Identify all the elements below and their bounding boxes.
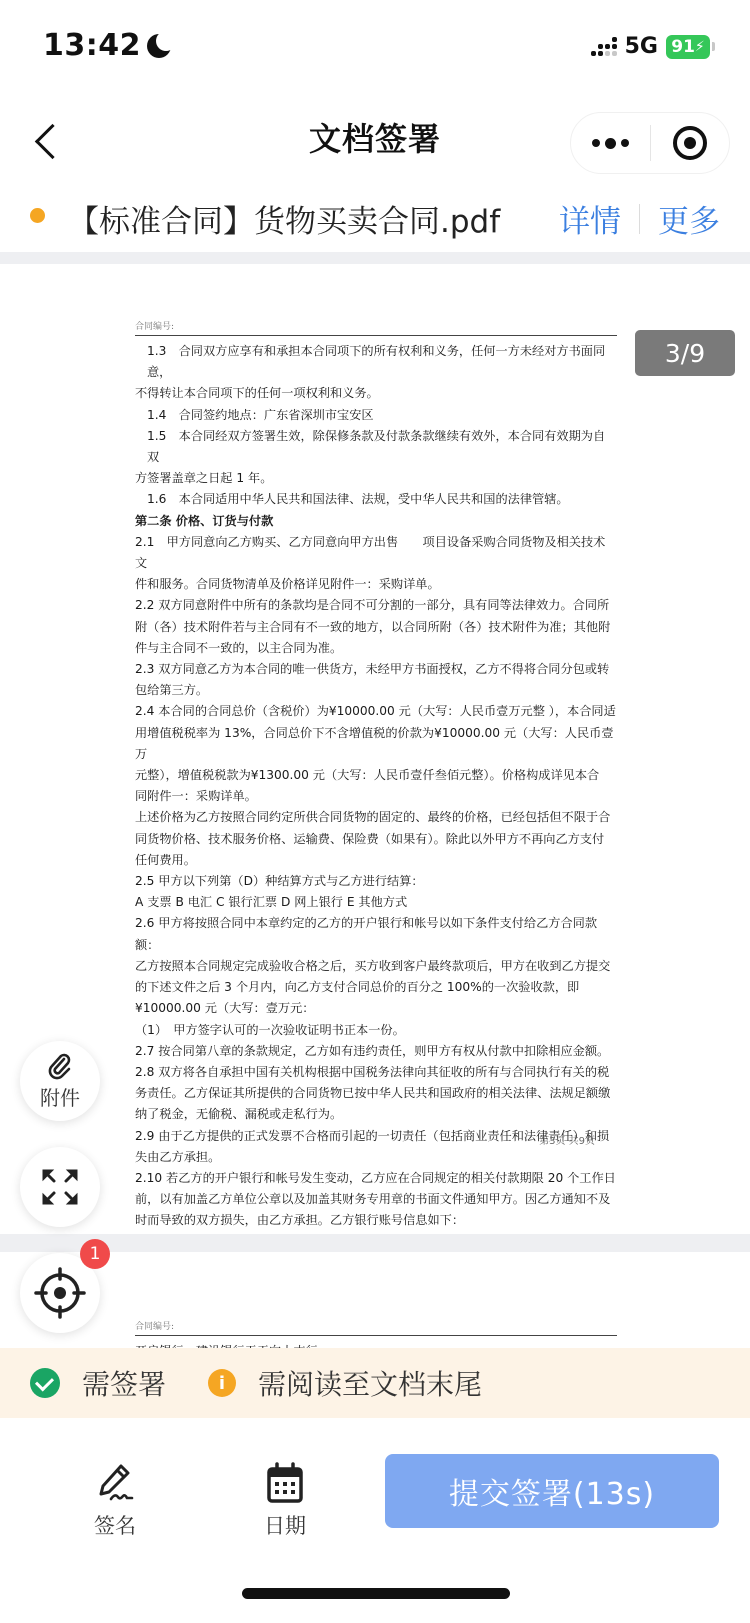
expand-icon	[40, 1167, 80, 1207]
status-indicators: 5G 91⚡	[591, 34, 715, 59]
doc-line: 2.7 按合同第八章的条款规定，乙方如有违约责任，则甲方有权从付款中扣除相应金额…	[135, 1041, 617, 1062]
contract-number-label: 合同编号:	[135, 319, 617, 336]
paperclip-icon	[47, 1052, 73, 1080]
dot-icon	[592, 139, 600, 147]
crosshair-icon	[32, 1265, 88, 1321]
doc-line: 1.4 合同签约地点：广东省深圳市宝安区	[135, 405, 617, 426]
dot-icon	[605, 138, 616, 149]
signal-icon	[591, 37, 617, 56]
status-dot-icon	[30, 208, 45, 223]
pen-signature-icon	[95, 1462, 135, 1504]
signature-tool-button[interactable]: 签名	[65, 1462, 165, 1540]
doc-line: 2.10 若乙方的开户银行和帐号发生变动，乙方应在合同规定的相关付款期限 20 …	[135, 1168, 617, 1189]
doc-line: A 支票 B 电汇 C 银行汇票 D 网上银行 E 其他方式	[135, 892, 617, 913]
doc-line: 时而导致的双方损失，由乙方承担。乙方银行账号信息如下：	[135, 1210, 617, 1231]
doc-line: 务责任。乙方保证其所提供的合同货物已按中华人民共和国政府的相关法律、法规足额缴	[135, 1083, 617, 1104]
date-tool-label: 日期	[264, 1510, 306, 1540]
details-link[interactable]: 详情	[559, 196, 621, 241]
bottom-toolbar: 签名 日期 提交签署(13s)	[0, 1418, 750, 1623]
doc-line: 上述价格为乙方按照合同约定所供合同货物的固定的、最终的价格，已经包括但不限于合	[135, 807, 617, 828]
miniprogram-capsule	[570, 112, 730, 174]
signature-tool-label: 签名	[94, 1510, 136, 1540]
attachments-label: 附件	[40, 1082, 80, 1111]
doc-line: 方签署盖章之日起 1 年。	[135, 468, 617, 489]
doc-line: 件和服务。合同货物清单及价格详见附件一：采购详单。	[135, 574, 617, 595]
more-menu-button[interactable]	[571, 113, 650, 173]
doc-line: 不得转让本合同项下的任何一项权利和义务。	[135, 383, 617, 404]
info-circle-icon: i	[208, 1369, 236, 1397]
page-content: 开户银行：建设银行天天向上支行	[135, 1341, 617, 1348]
doc-line: 任何费用。	[135, 850, 617, 871]
notice-read-required: i 需阅读至文档末尾	[208, 1363, 482, 1403]
doc-line: 用增值税税率为 13%，合同总价下不含增值税的价款为¥10000.00 元（大写…	[135, 723, 617, 765]
home-indicator	[242, 1588, 510, 1599]
notification-badge: 1	[80, 1239, 110, 1269]
locate-signature-button[interactable]: 1	[20, 1253, 100, 1333]
date-tool-button[interactable]: 日期	[235, 1462, 335, 1540]
doc-line: 开户银行：建设银行天天向上支行	[135, 1341, 617, 1348]
file-header: 【标准合同】货物买卖合同.pdf 详情 更多	[0, 184, 750, 250]
doc-line: 1.6 本合同适用中华人民共和国法律、法规，受中华人民共和国的法律管辖。	[135, 489, 617, 510]
doc-line: 2.5 甲方以下列第（D）种结算方式与乙方进行结算：	[135, 871, 617, 892]
doc-line: 1.3 合同双方应享有和承担本合同项下的所有权利和义务，任何一方未经对方书面同意…	[135, 341, 617, 383]
doc-line: 2.4 本合同的合同总价（含税价）为¥10000.00 元（大写：人民币壹万元整…	[135, 701, 617, 722]
doc-line: 失由乙方承担。	[135, 1147, 617, 1168]
document-page-3: 合同编号: 1.3 合同双方应享有和承担本合同项下的所有权利和义务，任何一方未经…	[0, 264, 750, 1234]
doc-line: 附（各）技术附件若与主合同有不一致的地方，以合同所附（各）技术附件为准；其他附	[135, 617, 617, 638]
doc-line: 元整），增值税税款为¥1300.00 元（大写：人民币壹仟叁佰元整）。价格构成详…	[135, 765, 617, 786]
doc-line: 乙方按照本合同规定完成验收合格之后，买方收到客户最终款项后，甲方在收到乙方提交	[135, 956, 617, 977]
fullscreen-button[interactable]	[20, 1147, 100, 1227]
page-content: 1.3 合同双方应享有和承担本合同项下的所有权利和义务，任何一方未经对方书面同意…	[135, 341, 617, 1232]
moon-icon	[147, 34, 171, 58]
attachments-button[interactable]: 附件	[20, 1041, 100, 1121]
doc-line: 2.2 双方同意附件中所有的条款均是合同不可分割的一部分，具有同等法律效力。合同…	[135, 595, 617, 616]
file-actions: 详情 更多	[559, 196, 720, 241]
battery-icon: 91⚡	[666, 35, 715, 59]
doc-line: 包给第三方。	[135, 680, 617, 701]
divider	[639, 204, 640, 234]
doc-line: 件与主合同不一致的，以主合同为准。	[135, 638, 617, 659]
nav-bar: 文档签署	[0, 96, 750, 184]
calendar-icon	[266, 1462, 304, 1504]
requirements-notice: 需签署 i 需阅读至文档末尾	[0, 1348, 750, 1418]
doc-line: 2.8 双方将各自承担中国有关机构根据中国税务法律向其征收的所有与合同执行有关的…	[135, 1062, 617, 1083]
status-time: 13:42	[43, 28, 171, 63]
doc-line: 前，以有加盖乙方单位公章以及加盖其财务专用章的书面文件通知甲方。因乙方通知不及	[135, 1189, 617, 1210]
doc-line: ¥10000.00 元（大写：壹万元：	[135, 998, 617, 1019]
doc-line: 1.5 本合同经双方签署生效，除保修条款及付款条款继续有效外，本合同有效期为自双	[135, 426, 617, 468]
file-name: 【标准合同】货物买卖合同.pdf	[68, 196, 500, 241]
page-indicator: 3/9	[635, 330, 735, 376]
doc-line: 2.1 甲方同意向乙方购买、乙方同意向甲方出售 项目设备采购合同货物及相关技术文	[135, 532, 617, 574]
doc-line: 第二条 价格、订货与付款	[135, 511, 617, 532]
doc-line: 纳了税金，无偷税、漏税或走私行为。	[135, 1104, 617, 1125]
time-text: 13:42	[43, 28, 141, 63]
contract-number-label: 合同编号:	[135, 1319, 617, 1336]
notice-text: 需签署	[82, 1363, 166, 1403]
doc-line: 的下述文件之后 3 个月内，向乙方支付合同总价的百分之 100%的一次验收款，即	[135, 977, 617, 998]
doc-line: 同货物价格、技术服务价格、运输费、保险费（如果有）。除此以外甲方不再向乙方支付	[135, 829, 617, 850]
document-viewer[interactable]: 合同编号: 1.3 合同双方应享有和承担本合同项下的所有权利和义务，任何一方未经…	[0, 252, 750, 1348]
notice-sign-required: 需签署	[30, 1363, 166, 1403]
status-bar: 13:42 5G 91⚡	[0, 0, 750, 96]
page-footer: 第3页 共9页	[539, 1132, 595, 1147]
network-type: 5G	[625, 34, 658, 59]
submit-signature-button[interactable]: 提交签署(13s)	[385, 1454, 719, 1528]
battery-level: 91	[671, 37, 695, 57]
document-page-4: 合同编号: 开户银行：建设银行天天向上支行	[0, 1252, 750, 1348]
doc-line: 2.6 甲方将按照合同中本章约定的乙方的开户银行和帐号以如下条件支付给乙方合同款	[135, 913, 617, 934]
doc-line: 额：	[135, 935, 617, 956]
doc-line: （1） 甲方签字认可的一次验收证明书正本一份。	[135, 1020, 617, 1041]
doc-line: 同附件一：采购详单。	[135, 786, 617, 807]
check-circle-icon	[30, 1368, 60, 1398]
notice-text: 需阅读至文档末尾	[258, 1363, 482, 1403]
target-close-icon	[673, 126, 707, 160]
more-link[interactable]: 更多	[658, 196, 720, 241]
close-miniprogram-button[interactable]	[651, 113, 730, 173]
dot-icon	[621, 139, 629, 147]
doc-line: 2.3 双方同意乙方为本合同的唯一供货方，未经甲方书面授权，乙方不得将合同分包或…	[135, 659, 617, 680]
